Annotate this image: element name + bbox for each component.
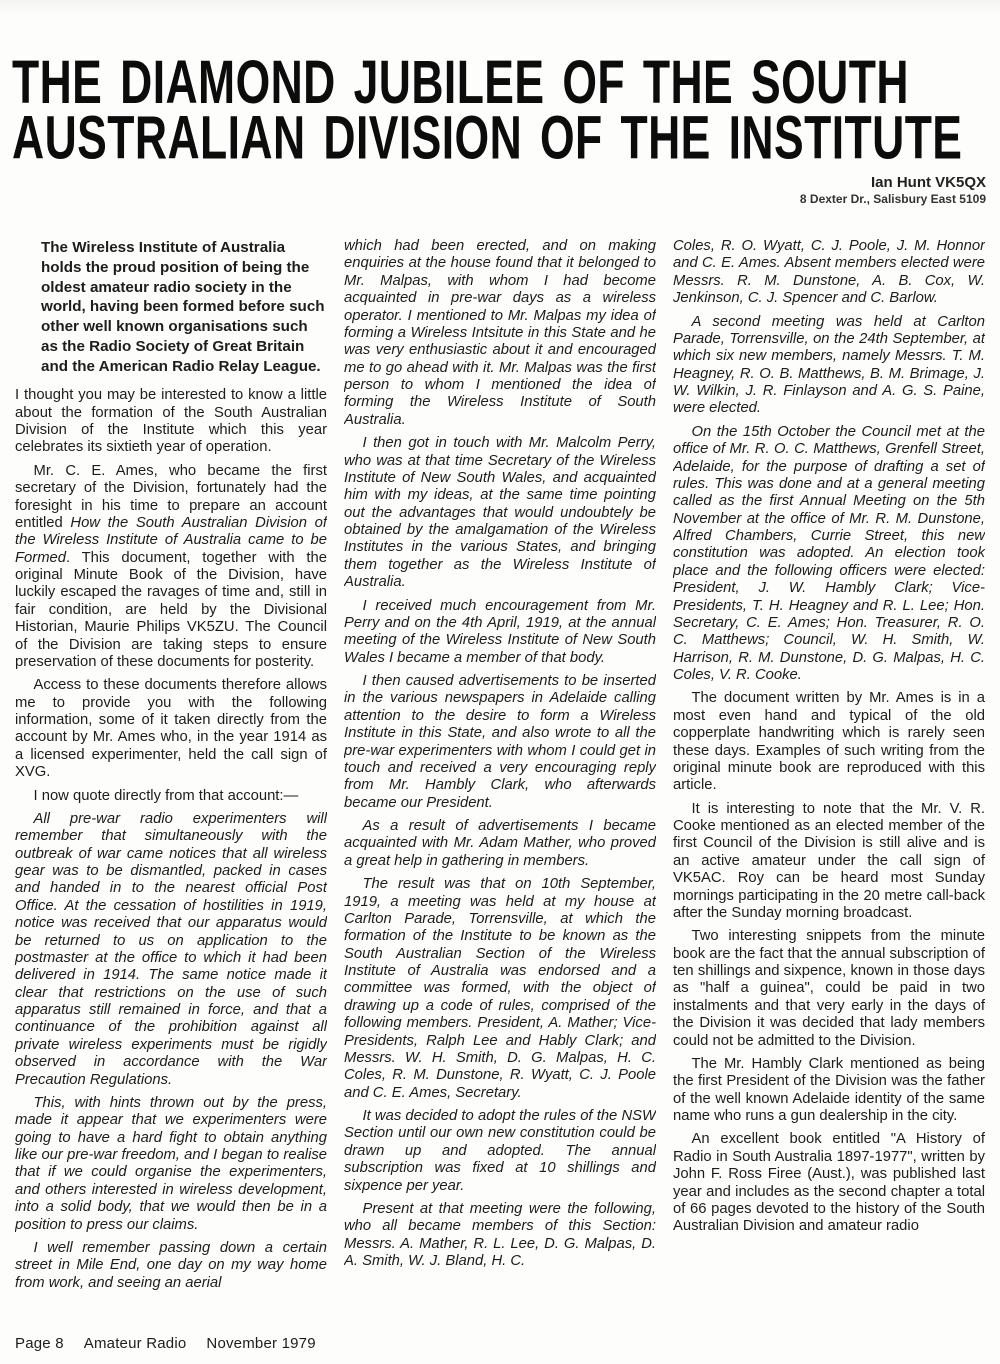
paragraph: On the 15th October the Council met at t… (673, 424, 985, 685)
paragraph: The result was that on 10th September, 1… (344, 876, 656, 1102)
column-2: which had been erected, and on making en… (344, 238, 656, 1336)
paragraph: This, with hints thrown out by the press… (15, 1095, 327, 1234)
headline-line-2: AUSTRALIAN DIVISION OF THE INSTITUTE (12, 111, 832, 166)
headline-line-1: THE DIAMOND JUBILEE OF THE SOUTH (12, 56, 832, 111)
paragraph: Two interesting snippets from the minute… (673, 928, 985, 1050)
paragraph: An excellent book entitled "A History of… (673, 1131, 985, 1235)
paragraph: The Wireless Institute of Australia hold… (15, 238, 327, 376)
magazine-page: THE DIAMOND JUBILEE OF THE SOUTH AUSTRAL… (0, 0, 1000, 1364)
paragraph: Coles, R. O. Wyatt, C. J. Poole, J. M. H… (673, 238, 985, 308)
footer-magazine-title: Amateur Radio (84, 1335, 187, 1352)
paragraph: It was decided to adopt the rules of the… (344, 1108, 656, 1195)
paragraph: which had been erected, and on making en… (344, 238, 656, 429)
paragraph: The document written by Mr. Ames is in a… (673, 690, 985, 794)
column-3: Coles, R. O. Wyatt, C. J. Poole, J. M. H… (673, 238, 985, 1336)
footer-page-number: Page 8 (15, 1335, 64, 1352)
paragraph: As a result of advertisements I became a… (344, 818, 656, 870)
paragraph: A second meeting was held at Carlton Par… (673, 314, 985, 418)
paragraph: I thought you may be interested to know … (15, 387, 327, 457)
footer-issue-date: November 1979 (206, 1335, 315, 1352)
paragraph: It is interesting to note that the Mr. V… (673, 801, 985, 923)
byline-address: 8 Dexter Dr., Salisbury East 5109 (800, 192, 986, 207)
article-columns: The Wireless Institute of Australia hold… (15, 238, 985, 1336)
byline: Ian Hunt VK5QX 8 Dexter Dr., Salisbury E… (800, 174, 986, 207)
paragraph: Present at that meeting were the followi… (344, 1201, 656, 1271)
paragraph: The Mr. Hambly Clark mentioned as being … (673, 1056, 985, 1126)
paragraph: I received much encouragement from Mr. P… (344, 598, 656, 668)
paragraph: I then caused advertisements to be inser… (344, 673, 656, 812)
paragraph: I well remember passing down a certain s… (15, 1240, 327, 1292)
byline-author: Ian Hunt VK5QX (800, 174, 986, 192)
paragraph: I then got in touch with Mr. Malcolm Per… (344, 435, 656, 591)
column-1: The Wireless Institute of Australia hold… (15, 238, 327, 1336)
paragraph: All pre-war radio experimenters will rem… (15, 811, 327, 1089)
paragraph: Mr. C. E. Ames, who became the first sec… (15, 463, 327, 672)
article-headline: THE DIAMOND JUBILEE OF THE SOUTH AUSTRAL… (12, 56, 832, 166)
page-footer: Page 8Amateur RadioNovember 1979 (15, 1335, 336, 1352)
paragraph: I now quote directly from that account:— (15, 788, 327, 805)
paragraph: Access to these documents therefore allo… (15, 677, 327, 781)
